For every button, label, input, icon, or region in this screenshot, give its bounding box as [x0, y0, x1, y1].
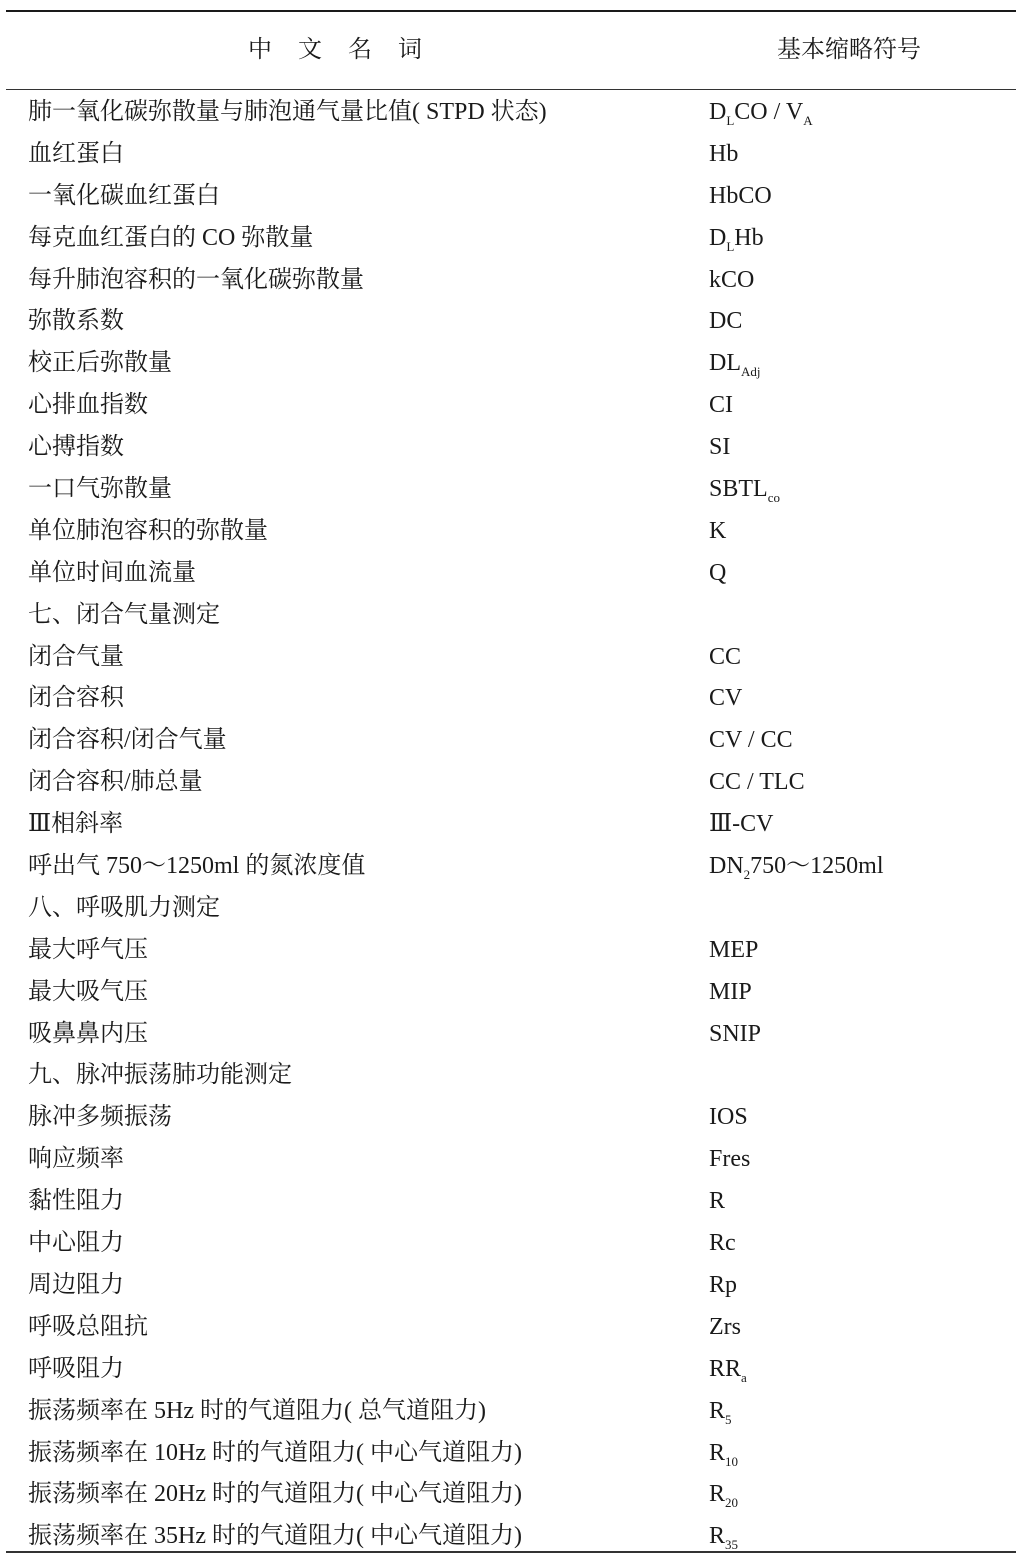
abbreviation-subscript: A [803, 113, 812, 128]
term-cell: 弥散系数 [28, 301, 124, 343]
abbreviation-cell: CC [709, 637, 741, 679]
table-row: Ⅲ相斜率Ⅲ-CV [0, 804, 1024, 846]
term-cell: 呼出气 750～1250ml 的氮浓度值 [28, 846, 365, 888]
term-cell: 校正后弥散量 [28, 343, 172, 385]
term-cell: 一氧化碳血红蛋白 [28, 176, 220, 218]
abbreviation-cell: Hb [709, 134, 738, 176]
abbreviation-text: D [709, 99, 726, 125]
term-cell: Ⅲ相斜率 [28, 804, 123, 846]
table-row: 最大吸气压MIP [0, 972, 1024, 1014]
term-cell: 肺一氧化碳弥散量与肺泡通气量比值( STPD 状态) [28, 92, 547, 134]
table-row: 七、闭合气量测定 [0, 595, 1024, 637]
table-row: 闭合气量CC [0, 637, 1024, 679]
abbreviation-text: CV / CC [709, 727, 793, 753]
abbreviation-cell: CI [709, 385, 733, 427]
table-row: 血红蛋白Hb [0, 134, 1024, 176]
table-bottom-rule [6, 1551, 1016, 1553]
abbreviation-cell: HbCO [709, 176, 772, 218]
table-row: 呼出气 750～1250ml 的氮浓度值DN2750～1250ml [0, 846, 1024, 888]
abbreviation-text: SI [709, 434, 730, 460]
abbreviation-cell: Rp [709, 1265, 737, 1307]
abbreviation-cell: DN2750～1250ml [709, 846, 884, 888]
term-cell: 呼吸总阻抗 [28, 1307, 148, 1349]
term-cell: 闭合容积/肺总量 [28, 762, 203, 804]
table-row: 脉冲多频振荡IOS [0, 1097, 1024, 1139]
abbreviation-text: D [709, 225, 726, 251]
abbreviation-cell: CV [709, 678, 742, 720]
abbreviation-text: SBTL [709, 476, 768, 502]
term-cell: 振荡频率在 5Hz 时的气道阻力( 总气道阻力) [28, 1391, 486, 1433]
term-cell: 闭合气量 [28, 637, 124, 679]
abbreviation-cell: R5 [709, 1391, 732, 1433]
term-cell: 心排血指数 [28, 385, 148, 427]
abbreviation-text: DC [709, 308, 742, 334]
table-row: 中心阻力Rc [0, 1223, 1024, 1265]
table-row: 单位时间血流量Q [0, 553, 1024, 595]
term-cell: 最大呼气压 [28, 930, 148, 972]
table-body: 肺一氧化碳弥散量与肺泡通气量比值( STPD 状态)DLCO / VA血红蛋白H… [0, 92, 1024, 1558]
term-cell: 脉冲多频振荡 [28, 1097, 172, 1139]
abbreviation-text: MEP [709, 937, 758, 963]
header-abbreviation: 基本缩略符号 [777, 32, 921, 68]
abbreviation-text: R [709, 1398, 725, 1424]
abbreviation-subscript: a [741, 1370, 747, 1385]
table-row: 周边阻力Rp [0, 1265, 1024, 1307]
term-cell: 八、呼吸肌力测定 [28, 888, 220, 930]
abbreviation-text: 750～1250ml [750, 853, 883, 879]
abbreviation-cell: DC [709, 301, 742, 343]
table-header-rule [6, 89, 1016, 90]
table-row: 振荡频率在 10Hz 时的气道阻力( 中心气道阻力)R10 [0, 1433, 1024, 1475]
term-cell: 每升肺泡容积的一氧化碳弥散量 [28, 260, 364, 302]
abbreviation-cell: kCO [709, 260, 754, 302]
term-cell: 一口气弥散量 [28, 469, 172, 511]
table-row: 最大呼气压MEP [0, 930, 1024, 972]
term-cell: 九、脉冲振荡肺功能测定 [28, 1055, 292, 1097]
table-row: 心搏指数SI [0, 427, 1024, 469]
abbreviation-text: DN [709, 853, 744, 879]
abbreviation-cell: Ⅲ-CV [709, 804, 773, 846]
abbreviation-text: Hb [709, 141, 738, 167]
abbreviation-cell: K [709, 511, 726, 553]
term-cell: 血红蛋白 [28, 134, 124, 176]
abbreviation-cell: Q [709, 553, 726, 595]
abbreviation-cell: RRa [709, 1349, 747, 1391]
abbreviation-cell: MIP [709, 972, 752, 1014]
abbreviation-text: kCO [709, 267, 754, 293]
table-row: 呼吸阻力RRa [0, 1349, 1024, 1391]
abbreviation-cell: R [709, 1181, 725, 1223]
term-cell: 中心阻力 [28, 1223, 124, 1265]
table-row: 肺一氧化碳弥散量与肺泡通气量比值( STPD 状态)DLCO / VA [0, 92, 1024, 134]
abbreviation-cell: IOS [709, 1097, 748, 1139]
abbreviation-text: R [709, 1523, 725, 1549]
abbreviation-text: CO / V [734, 99, 803, 125]
table-row: 单位肺泡容积的弥散量K [0, 511, 1024, 553]
abbreviation-cell: Rc [709, 1223, 736, 1265]
abbreviation-subscript: 5 [725, 1412, 732, 1427]
abbreviation-cell: SBTLco [709, 469, 780, 511]
table-row: 校正后弥散量DLAdj [0, 343, 1024, 385]
table-row: 呼吸总阻抗Zrs [0, 1307, 1024, 1349]
abbreviation-text: RR [709, 1356, 741, 1382]
table-row: 每升肺泡容积的一氧化碳弥散量kCO [0, 260, 1024, 302]
abbreviation-text: R [709, 1481, 725, 1507]
abbreviation-subscript: Adj [741, 364, 761, 379]
term-cell: 心搏指数 [28, 427, 124, 469]
term-cell: 振荡频率在 10Hz 时的气道阻力( 中心气道阻力) [28, 1433, 522, 1475]
table-row: 心排血指数CI [0, 385, 1024, 427]
table-row: 每克血红蛋白的 CO 弥散量DLHb [0, 218, 1024, 260]
table-row: 响应频率Fres [0, 1139, 1024, 1181]
abbreviation-cell: DLHb [709, 218, 764, 260]
abbreviation-text: Ⅲ-CV [709, 811, 773, 837]
term-cell: 响应频率 [28, 1139, 124, 1181]
table-row: 九、脉冲振荡肺功能测定 [0, 1055, 1024, 1097]
term-cell: 闭合容积 [28, 678, 124, 720]
abbreviation-text: Q [709, 560, 726, 586]
abbreviation-subscript: co [768, 490, 780, 505]
abbreviation-cell: R10 [709, 1433, 738, 1475]
table-row: 黏性阻力R [0, 1181, 1024, 1223]
abbreviation-cell: R20 [709, 1474, 738, 1516]
abbreviation-text: DL [709, 350, 741, 376]
abbreviation-text: CC [709, 644, 741, 670]
table-row: 闭合容积/闭合气量CV / CC [0, 720, 1024, 762]
term-cell: 周边阻力 [28, 1265, 124, 1307]
abbreviation-subscript: 20 [725, 1495, 738, 1510]
abbreviation-cell: Fres [709, 1139, 750, 1181]
table-row: 闭合容积CV [0, 678, 1024, 720]
abbreviation-cell: SI [709, 427, 730, 469]
term-cell: 最大吸气压 [28, 972, 148, 1014]
table-row: 一氧化碳血红蛋白HbCO [0, 176, 1024, 218]
abbreviation-text: SNIP [709, 1021, 761, 1047]
table-row: 振荡频率在 5Hz 时的气道阻力( 总气道阻力)R5 [0, 1391, 1024, 1433]
abbreviation-cell: Zrs [709, 1307, 741, 1349]
header-chinese-term: 中 文 名 词 [248, 32, 432, 68]
term-cell: 七、闭合气量测定 [28, 595, 220, 637]
term-cell: 单位肺泡容积的弥散量 [28, 511, 268, 553]
abbreviation-cell: DLCO / VA [709, 92, 813, 134]
abbreviation-cell: CC / TLC [709, 762, 805, 804]
term-cell: 振荡频率在 20Hz 时的气道阻力( 中心气道阻力) [28, 1474, 522, 1516]
abbreviation-subscript: 10 [725, 1454, 738, 1469]
table-row: 振荡频率在 20Hz 时的气道阻力( 中心气道阻力)R20 [0, 1474, 1024, 1516]
abbreviation-cell: MEP [709, 930, 758, 972]
table-row: 弥散系数DC [0, 301, 1024, 343]
abbreviation-text: Zrs [709, 1314, 741, 1340]
abbreviation-cell: SNIP [709, 1014, 761, 1056]
abbreviation-text: CC / TLC [709, 769, 805, 795]
abbreviation-text: K [709, 518, 726, 544]
abbreviation-text: Rc [709, 1230, 736, 1256]
abbreviation-text: IOS [709, 1104, 748, 1130]
abbreviation-text: R [709, 1188, 725, 1214]
abbreviation-text: MIP [709, 979, 752, 1005]
table-row: 闭合容积/肺总量CC / TLC [0, 762, 1024, 804]
abbreviation-text: Hb [734, 225, 763, 251]
abbreviation-cell: DLAdj [709, 343, 761, 385]
term-cell: 黏性阻力 [28, 1181, 124, 1223]
abbreviation-text: HbCO [709, 183, 772, 209]
abbreviation-text: Fres [709, 1146, 750, 1172]
term-cell: 闭合容积/闭合气量 [28, 720, 227, 762]
abbreviation-text: CI [709, 392, 733, 418]
table-row: 八、呼吸肌力测定 [0, 888, 1024, 930]
term-cell: 单位时间血流量 [28, 553, 196, 595]
term-cell: 呼吸阻力 [28, 1349, 124, 1391]
term-cell: 吸鼻鼻内压 [28, 1014, 148, 1056]
table-top-rule [6, 10, 1016, 12]
table-row: 一口气弥散量SBTLco [0, 469, 1024, 511]
abbreviation-text: CV [709, 685, 742, 711]
abbreviation-text: Rp [709, 1272, 737, 1298]
table-row: 吸鼻鼻内压SNIP [0, 1014, 1024, 1056]
term-cell: 每克血红蛋白的 CO 弥散量 [28, 218, 313, 260]
abbreviation-cell: CV / CC [709, 720, 793, 762]
abbreviation-text: R [709, 1440, 725, 1466]
